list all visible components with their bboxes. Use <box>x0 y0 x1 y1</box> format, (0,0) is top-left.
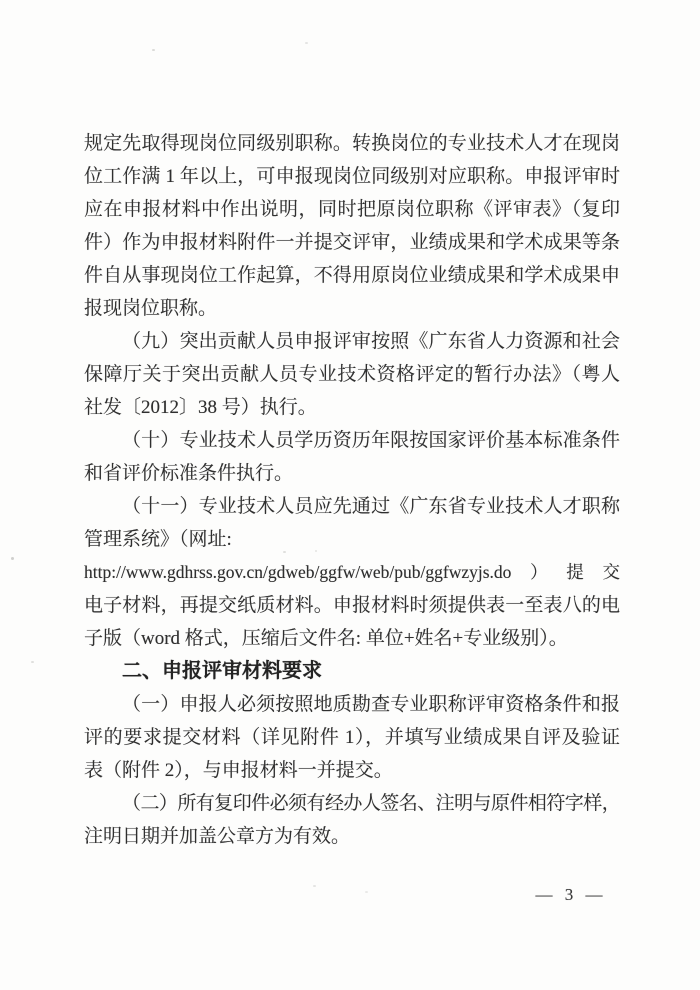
text-line: 社发〔2012〕38 号）执行。 <box>84 391 620 424</box>
url-text-line: http://www.gdhrss.gov.cn/gdweb/ggfw/web/… <box>84 556 620 589</box>
scan-speck <box>315 550 317 552</box>
text-line: （九）突出贡献人员申报评审按照《广东省人力资源和社会 <box>84 325 620 358</box>
text-line: 评的要求提交材料（详见附件 1），并填写业绩成果自评及验证 <box>84 721 620 754</box>
text-line: 表（附件 2），与申报材料一并提交。 <box>84 754 620 787</box>
text-line: 保障厅关于突出贡献人员专业技术资格评定的暂行办法》（粤人 <box>84 358 620 391</box>
scan-speck <box>11 557 14 560</box>
scan-speck <box>365 891 368 893</box>
scan-speck <box>31 661 34 663</box>
text-line: （十）专业技术人员学历资历年限按国家评价基本标准条件 <box>84 424 620 457</box>
scan-speck <box>313 885 316 887</box>
text-line: 和省评价标准条件执行。 <box>84 457 620 490</box>
document-page: 规定先取得现岗位同级别职称。转换岗位的专业技术人才在现岗位工作满 1 年以上，可… <box>0 0 700 990</box>
text-line: 电子材料，再提交纸质材料。申报材料时须提供表一至表八的电 <box>84 589 620 622</box>
scan-speck <box>305 42 308 44</box>
text-line: （二）所有复印件必须有经办人签名、注明与原件相符字样， <box>84 787 620 820</box>
text-line: 位工作满 1 年以上，可申报现岗位同级别对应职称。申报评审时 <box>84 160 620 193</box>
text-line: （十一）专业技术人员应先通过《广东省专业技术人才职称 <box>84 490 620 523</box>
text-line: 应在申报材料中作出说明，同时把原岗位职称《评审表》（复印 <box>84 193 620 226</box>
document-body: 规定先取得现岗位同级别职称。转换岗位的专业技术人才在现岗位工作满 1 年以上，可… <box>84 127 620 853</box>
text-line: 管理系统》（网址: <box>84 523 620 556</box>
text-line: （一）申报人必须按照地质勘查专业职称评审资格条件和报 <box>84 688 620 721</box>
scan-speck <box>152 49 155 51</box>
text-line: 件）作为申报材料附件一并提交评审，业绩成果和学术成果等条 <box>84 226 620 259</box>
text-line: 报现岗位职称。 <box>84 292 620 325</box>
text-line: 规定先取得现岗位同级别职称。转换岗位的专业技术人才在现岗 <box>84 127 620 160</box>
text-line: 件自从事现岗位工作起算，不得用原岗位业绩成果和学术成果申 <box>84 259 620 292</box>
section-heading: 二、申报评审材料要求 <box>84 655 620 688</box>
scan-speck <box>283 551 286 553</box>
text-line: 注明日期并加盖公章方为有效。 <box>84 820 620 853</box>
text-line: 子版（word 格式，压缩后文件名: 单位+姓名+专业级别）。 <box>84 622 620 655</box>
page-number: — 3 — <box>528 882 614 908</box>
